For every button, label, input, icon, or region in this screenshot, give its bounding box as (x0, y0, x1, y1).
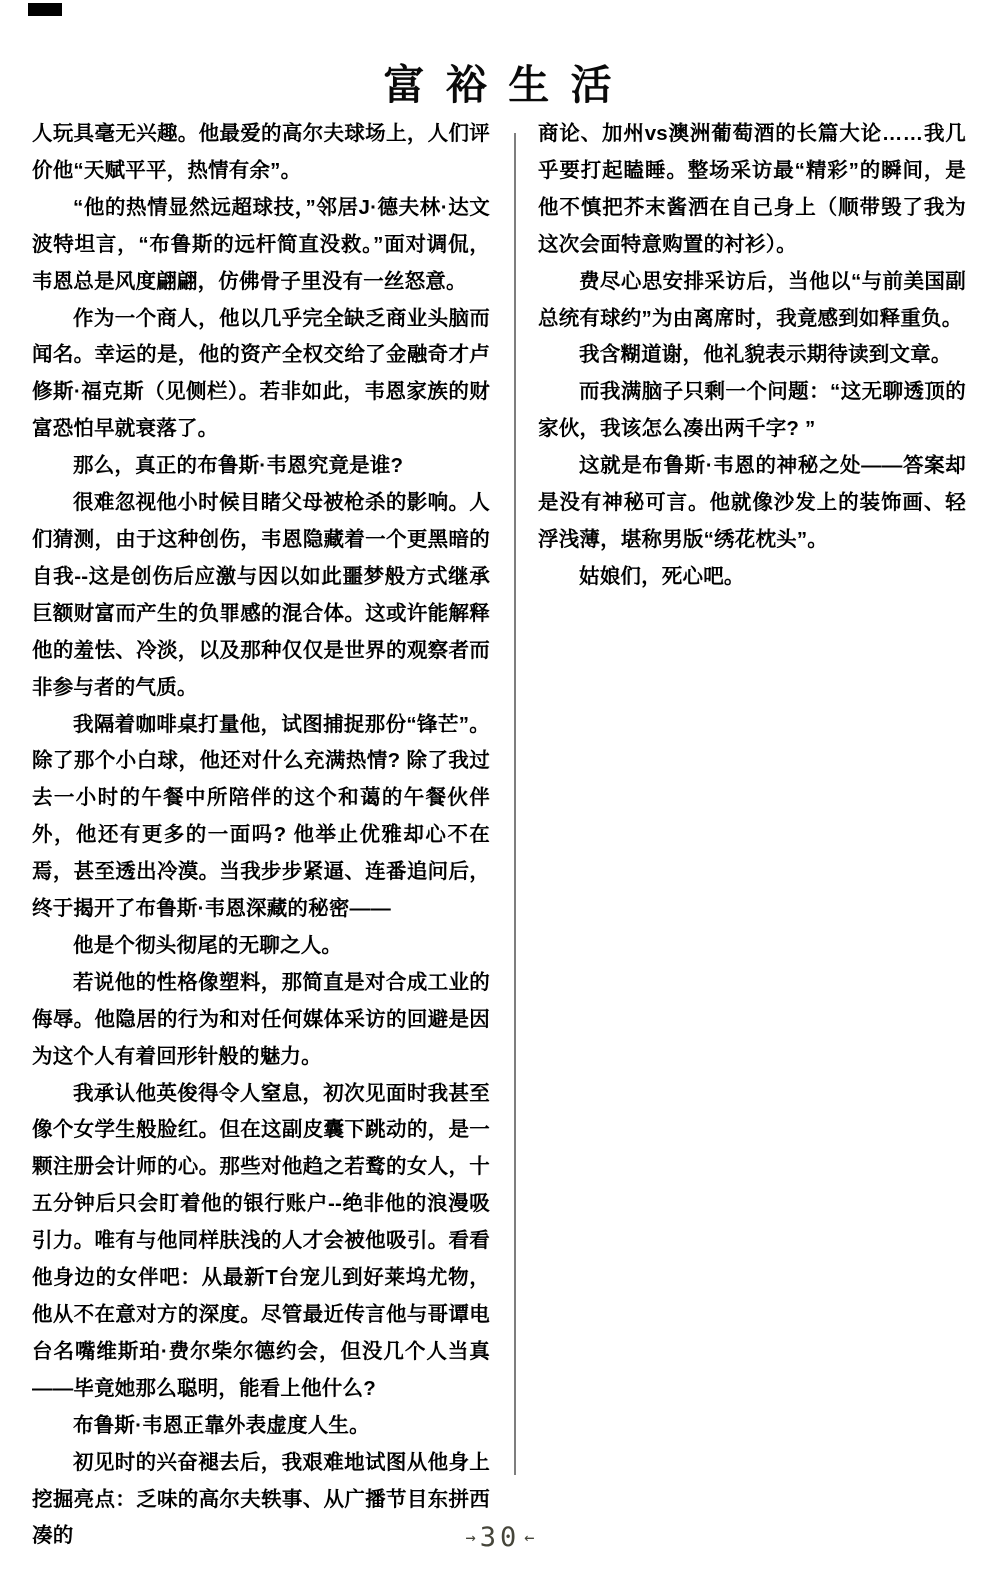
article-paragraph: 那么，真正的布鲁斯·韦恩究竟是谁? (32, 448, 490, 485)
article-paragraph: 我含糊道谢，他礼貌表示期待读到文章。 (538, 337, 966, 374)
article-paragraph: 很难忽视他小时候目睹父母被枪杀的影响。人们猜测，由于这种创伤，韦恩隐藏着一个更黑… (32, 485, 490, 706)
print-registration-mark (28, 3, 62, 16)
article-column-right: 商论、加州vs澳洲葡萄酒的长篇大论……我几乎要打起瞌睡。整场采访最“精彩”的瞬间… (538, 116, 966, 596)
magazine-page: 富 裕 生 活 人玩具毫无兴趣。他最爱的高尔夫球场上，人们评价他“天赋平平，热情… (0, 0, 1000, 1590)
article-paragraph: 这就是布鲁斯·韦恩的神秘之处——答案却是没有神秘可言。他就像沙发上的装饰画、轻浮… (538, 448, 966, 559)
column-divider (514, 133, 516, 1475)
article-paragraph: 姑娘们，死心吧。 (538, 559, 966, 596)
article-paragraph: 费尽心思安排采访后，当他以“与前美国副总统有球约”为由离席时，我竟感到如释重负。 (538, 264, 966, 338)
article-paragraph: 他是个彻头彻尾的无聊之人。 (32, 928, 490, 965)
article-paragraph: 布鲁斯·韦恩正靠外表虚度人生。 (32, 1408, 490, 1445)
article-paragraph: 我隔着咖啡桌打量他，试图捕捉那份“锋芒”。除了那个小白球，他还对什么充满热情? … (32, 707, 490, 928)
article-paragraph: 我承认他英俊得令人窒息，初次见面时我甚至像个女学生般脸红。但在这副皮囊下跳动的，… (32, 1076, 490, 1408)
article-paragraph: 人玩具毫无兴趣。他最爱的高尔夫球场上，人们评价他“天赋平平，热情有余”。 (32, 116, 490, 190)
article-paragraph: “他的热情显然远超球技，”邻居J·德夫林·达文波特坦言，“布鲁斯的远杆简直没救。… (32, 190, 490, 301)
article-paragraph: 商论、加州vs澳洲葡萄酒的长篇大论……我几乎要打起瞌睡。整场采访最“精彩”的瞬间… (538, 116, 966, 264)
page-footer: →30← (0, 1522, 1000, 1553)
page-number-right-arrow-icon: ← (520, 1528, 538, 1548)
article-paragraph: 若说他的性格像塑料，那简直是对合成工业的侮辱。他隐居的行为和对任何媒体采访的回避… (32, 965, 490, 1076)
page-number: 30 (480, 1522, 521, 1553)
page-title: 富 裕 生 活 (0, 52, 1000, 111)
article-paragraph: 作为一个商人，他以几乎完全缺乏商业头脑而闻名。幸运的是，他的资产全权交给了金融奇… (32, 301, 490, 449)
article-paragraph: 而我满脑子只剩一个问题：“这无聊透顶的家伙，我该怎么凑出两千字? ” (538, 374, 966, 448)
article-column-left: 人玩具毫无兴趣。他最爱的高尔夫球场上，人们评价他“天赋平平，热情有余”。“他的热… (32, 116, 490, 1555)
page-number-left-arrow-icon: → (461, 1528, 479, 1548)
